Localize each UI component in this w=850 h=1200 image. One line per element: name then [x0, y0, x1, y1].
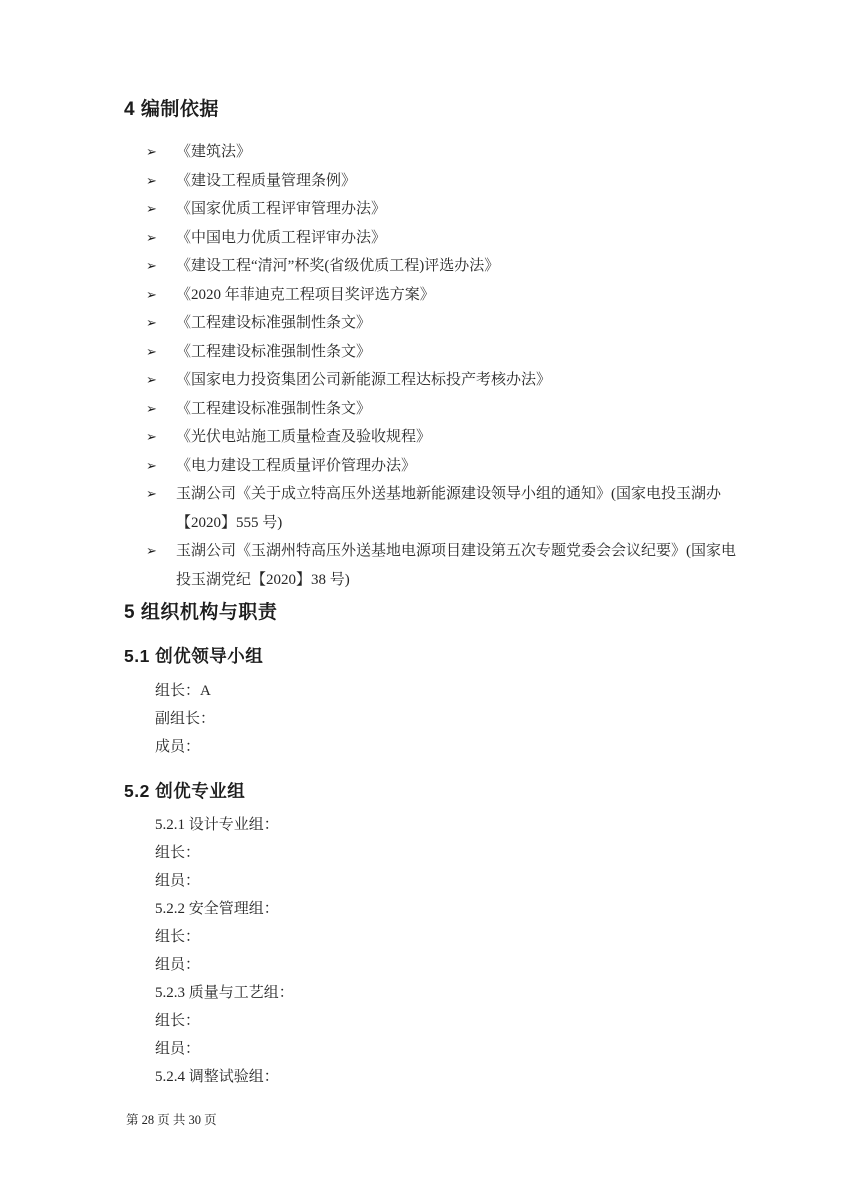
leading-group-roles: 组长：A 副组长： 成员：	[124, 677, 740, 761]
role-line: 成员：	[124, 733, 740, 761]
list-item-text: 《2020 年菲迪克工程项目奖评选方案》	[176, 287, 435, 303]
section-5-2-heading: 5.2 创优专业组	[124, 778, 740, 804]
list-item-text: 《国家电力投资集团公司新能源工程达标投产考核办法》	[176, 372, 551, 388]
role-line: 组员：	[124, 951, 740, 979]
list-item: ➢《光伏电站施工质量检查及验收规程》	[124, 423, 736, 452]
list-item-text: 《中国电力优质工程评审办法》	[176, 230, 386, 246]
list-item: ➢《工程建设标准强制性条文》	[124, 309, 736, 338]
list-item: ➢《工程建设标准强制性条文》	[124, 338, 736, 367]
arrow-bullet-icon: ➢	[146, 168, 157, 197]
reference-list: ➢《建筑法》 ➢《建设工程质量管理条例》 ➢《国家优质工程评审管理办法》 ➢《中…	[124, 138, 740, 594]
list-item: ➢《工程建设标准强制性条文》	[124, 395, 736, 424]
section-4-heading: 4 编制依据	[124, 97, 740, 123]
list-item: ➢《2020 年菲迪克工程项目奖评选方案》	[124, 281, 736, 310]
list-item: ➢《建设工程“清河”杯奖(省级优质工程)评选办法》	[124, 252, 736, 281]
arrow-bullet-icon: ➢	[146, 396, 157, 425]
document-page: 4 编制依据 ➢《建筑法》 ➢《建设工程质量管理条例》 ➢《国家优质工程评审管理…	[124, 0, 740, 1091]
arrow-bullet-icon: ➢	[146, 310, 157, 339]
role-line: 组员：	[124, 867, 740, 895]
footer-page-number: 第 28 页 共 30 页	[126, 1110, 217, 1128]
arrow-bullet-icon: ➢	[146, 225, 157, 254]
arrow-bullet-icon: ➢	[146, 424, 157, 453]
section-5-heading: 5 组织机构与职责	[124, 600, 740, 626]
professional-group-roles: 5.2.1 设计专业组： 组长： 组员： 5.2.2 安全管理组： 组长： 组员…	[124, 811, 740, 1091]
arrow-bullet-icon: ➢	[146, 253, 157, 282]
role-line: 组长：	[124, 839, 740, 867]
list-item-text: 《国家优质工程评审管理办法》	[176, 201, 386, 217]
list-item: ➢玉湖公司《玉湖州特高压外送基地电源项目建设第五次专题党委会会议纪要》(国家电投…	[124, 537, 736, 594]
arrow-bullet-icon: ➢	[146, 139, 157, 168]
role-line: 组员：	[124, 1035, 740, 1063]
list-item: ➢《国家优质工程评审管理办法》	[124, 195, 736, 224]
arrow-bullet-icon: ➢	[146, 282, 157, 311]
role-line: 组长：A	[124, 677, 740, 705]
list-item-text: 《建设工程“清河”杯奖(省级优质工程)评选办法》	[176, 258, 499, 274]
role-line: 组长：	[124, 923, 740, 951]
list-item: ➢《电力建设工程质量评价管理办法》	[124, 452, 736, 481]
arrow-bullet-icon: ➢	[146, 481, 157, 510]
list-item: ➢玉湖公司《关于成立特高压外送基地新能源建设领导小组的通知》(国家电投玉湖办【2…	[124, 480, 736, 537]
list-item: ➢《建设工程质量管理条例》	[124, 167, 736, 196]
list-item-text: 《光伏电站施工质量检查及验收规程》	[176, 429, 431, 445]
list-item-text: 《电力建设工程质量评价管理办法》	[176, 458, 416, 474]
list-item: ➢《建筑法》	[124, 138, 736, 167]
list-item-text: 《建设工程质量管理条例》	[176, 173, 356, 189]
arrow-bullet-icon: ➢	[146, 339, 157, 368]
role-line: 组长：	[124, 1007, 740, 1035]
arrow-bullet-icon: ➢	[146, 196, 157, 225]
arrow-bullet-icon: ➢	[146, 367, 157, 396]
list-item-text: 《建筑法》	[176, 144, 251, 160]
list-item-text: 《工程建设标准强制性条文》	[176, 344, 371, 360]
list-item: ➢《中国电力优质工程评审办法》	[124, 224, 736, 253]
role-line: 5.2.2 安全管理组：	[124, 895, 740, 923]
arrow-bullet-icon: ➢	[146, 453, 157, 482]
role-line: 5.2.1 设计专业组：	[124, 811, 740, 839]
role-line: 5.2.4 调整试验组：	[124, 1063, 740, 1091]
list-item-text: 玉湖公司《关于成立特高压外送基地新能源建设领导小组的通知》(国家电投玉湖办【20…	[176, 486, 721, 531]
list-item-text: 《工程建设标准强制性条文》	[176, 315, 371, 331]
section-5-1-heading: 5.1 创优领导小组	[124, 643, 740, 669]
role-line: 5.2.3 质量与工艺组：	[124, 979, 740, 1007]
list-item-text: 《工程建设标准强制性条文》	[176, 401, 371, 417]
role-line: 副组长：	[124, 705, 740, 733]
arrow-bullet-icon: ➢	[146, 538, 157, 567]
list-item-text: 玉湖公司《玉湖州特高压外送基地电源项目建设第五次专题党委会会议纪要》(国家电投玉…	[176, 543, 736, 588]
list-item: ➢《国家电力投资集团公司新能源工程达标投产考核办法》	[124, 366, 736, 395]
